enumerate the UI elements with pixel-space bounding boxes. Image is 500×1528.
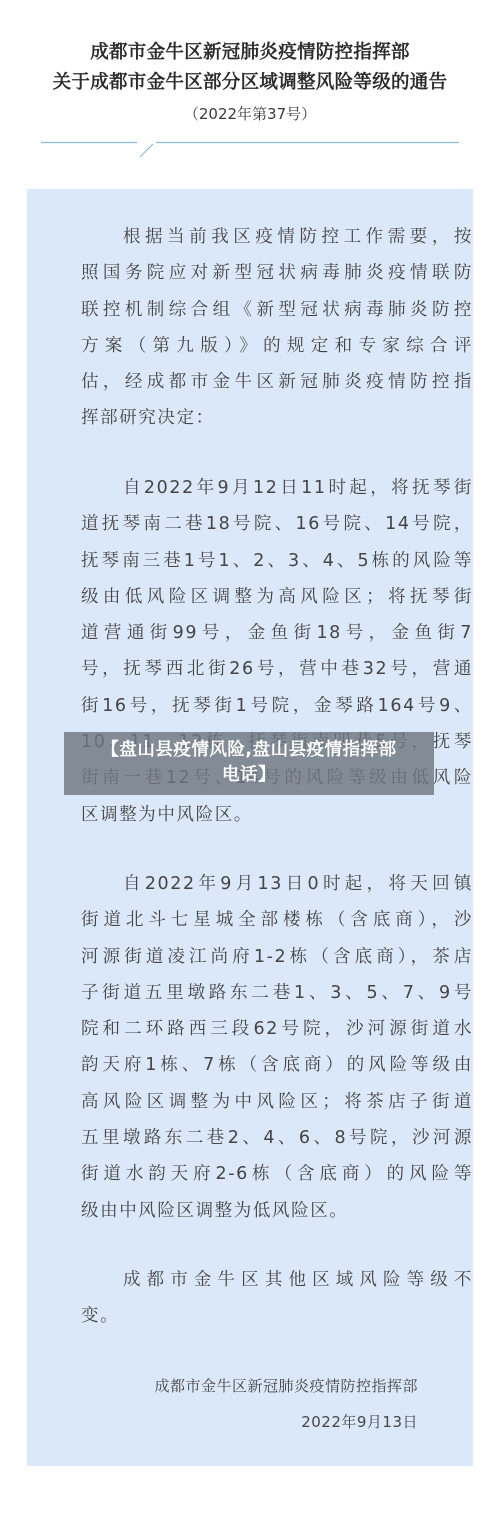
paragraph-other-areas: 成都市金牛区其他区域风险等级不 变。 bbox=[81, 1262, 473, 1335]
document-number: （2022年第37号） bbox=[0, 100, 500, 128]
header-divider bbox=[0, 130, 500, 160]
paragraph-line: 街16号，抚琴街1号院，金琴路164号9、 bbox=[81, 688, 473, 724]
paragraph-line: 道抚琴南二巷18号院、16号院、14号院， bbox=[81, 506, 473, 542]
paragraph-line: 号，抚琴西北街26号，营中巷32号，营通 bbox=[81, 651, 473, 687]
paragraph-line: 根据当前我区疫情防控工作需要，按 bbox=[81, 219, 473, 255]
paragraph-line: 变。 bbox=[81, 1298, 473, 1334]
title-line-1: 成都市金牛区新冠肺炎疫情防控指挥部 bbox=[0, 38, 500, 68]
paragraph-line: 街道水韵天府2-6栋（含底商）的风险等 bbox=[81, 1156, 473, 1192]
paragraph-line: 河源街道凌江尚府1-2栋（含底商），茶店 bbox=[81, 939, 473, 975]
notice-content-box: 根据当前我区疫情防控工作需要，按 照国务院应对新型冠状病毒肺炎疫情联防 联控机制… bbox=[27, 189, 473, 1466]
paragraph-line: 级由中风险区调整为低风险区。 bbox=[81, 1193, 473, 1229]
overlay-line-1: 【盘山县疫情风险,盘山县疫情指挥部 bbox=[64, 738, 434, 763]
paragraph-line: 五里墩路东二巷2、4、6、8号院，沙河源 bbox=[81, 1120, 473, 1156]
paragraph-line: 自2022年9月12日11时起，将抚琴街 bbox=[81, 470, 473, 506]
paragraph-line: 院和二环路西三段62号院，沙河源街道水 bbox=[81, 1011, 473, 1047]
paragraph-line: 韵天府1栋、7栋（含底商）的风险等级由 bbox=[81, 1047, 473, 1083]
paragraph-line: 方案（第九版）》的规定和专家综合评 bbox=[81, 328, 473, 364]
title-line-2: 关于成都市金牛区部分区域调整风险等级的通告 bbox=[0, 68, 500, 98]
paragraph-sept-13: 自2022年9月13日0时起，将天回镇 街道北斗七星城全部楼栋（含底商），沙 河… bbox=[81, 866, 473, 1229]
paragraph-line: 挥部研究决定： bbox=[81, 400, 473, 436]
paragraph-intro: 根据当前我区疫情防控工作需要，按 照国务院应对新型冠状病毒肺炎疫情联防 联控机制… bbox=[81, 219, 473, 437]
paragraph-line: 照国务院应对新型冠状病毒肺炎疫情联防 bbox=[81, 255, 473, 291]
paragraph-line: 联控机制综合组《新型冠状病毒肺炎防控 bbox=[81, 292, 473, 328]
signature-organization: 成都市金牛区新冠肺炎疫情防控指挥部 bbox=[154, 1375, 418, 1396]
paragraph-line: 高风险区调整为中风险区；将茶店子街道 bbox=[81, 1084, 473, 1120]
notice-header: 成都市金牛区新冠肺炎疫情防控指挥部 关于成都市金牛区部分区域调整风险等级的通告 … bbox=[0, 38, 500, 128]
paragraph-line: 街道北斗七星城全部楼栋（含底商），沙 bbox=[81, 902, 473, 938]
paragraph-line: 自2022年9月13日0时起，将天回镇 bbox=[81, 866, 473, 902]
paragraph-line: 级由低风险区调整为高风险区；将抚琴街 bbox=[81, 579, 473, 615]
paragraph-line: 子街道五里墩路东二巷1、3、5、7、9号 bbox=[81, 975, 473, 1011]
overlay-line-2: 电话】 bbox=[64, 763, 434, 788]
paragraph-line: 成都市金牛区其他区域风险等级不 bbox=[81, 1262, 473, 1298]
caption-overlay: 【盘山县疫情风险,盘山县疫情指挥部 电话】 bbox=[64, 732, 434, 795]
paragraph-line: 抚琴南三巷1号1、2、3、4、5栋的风险等 bbox=[81, 543, 473, 579]
signature-date: 2022年9月13日 bbox=[301, 1411, 418, 1432]
paragraph-line: 估，经成都市金牛区新冠肺炎疫情防控指 bbox=[81, 364, 473, 400]
paragraph-line: 区调整为中风险区。 bbox=[81, 797, 473, 833]
paragraph-line: 道营通街99号，金鱼街18号，金鱼街7 bbox=[81, 615, 473, 651]
